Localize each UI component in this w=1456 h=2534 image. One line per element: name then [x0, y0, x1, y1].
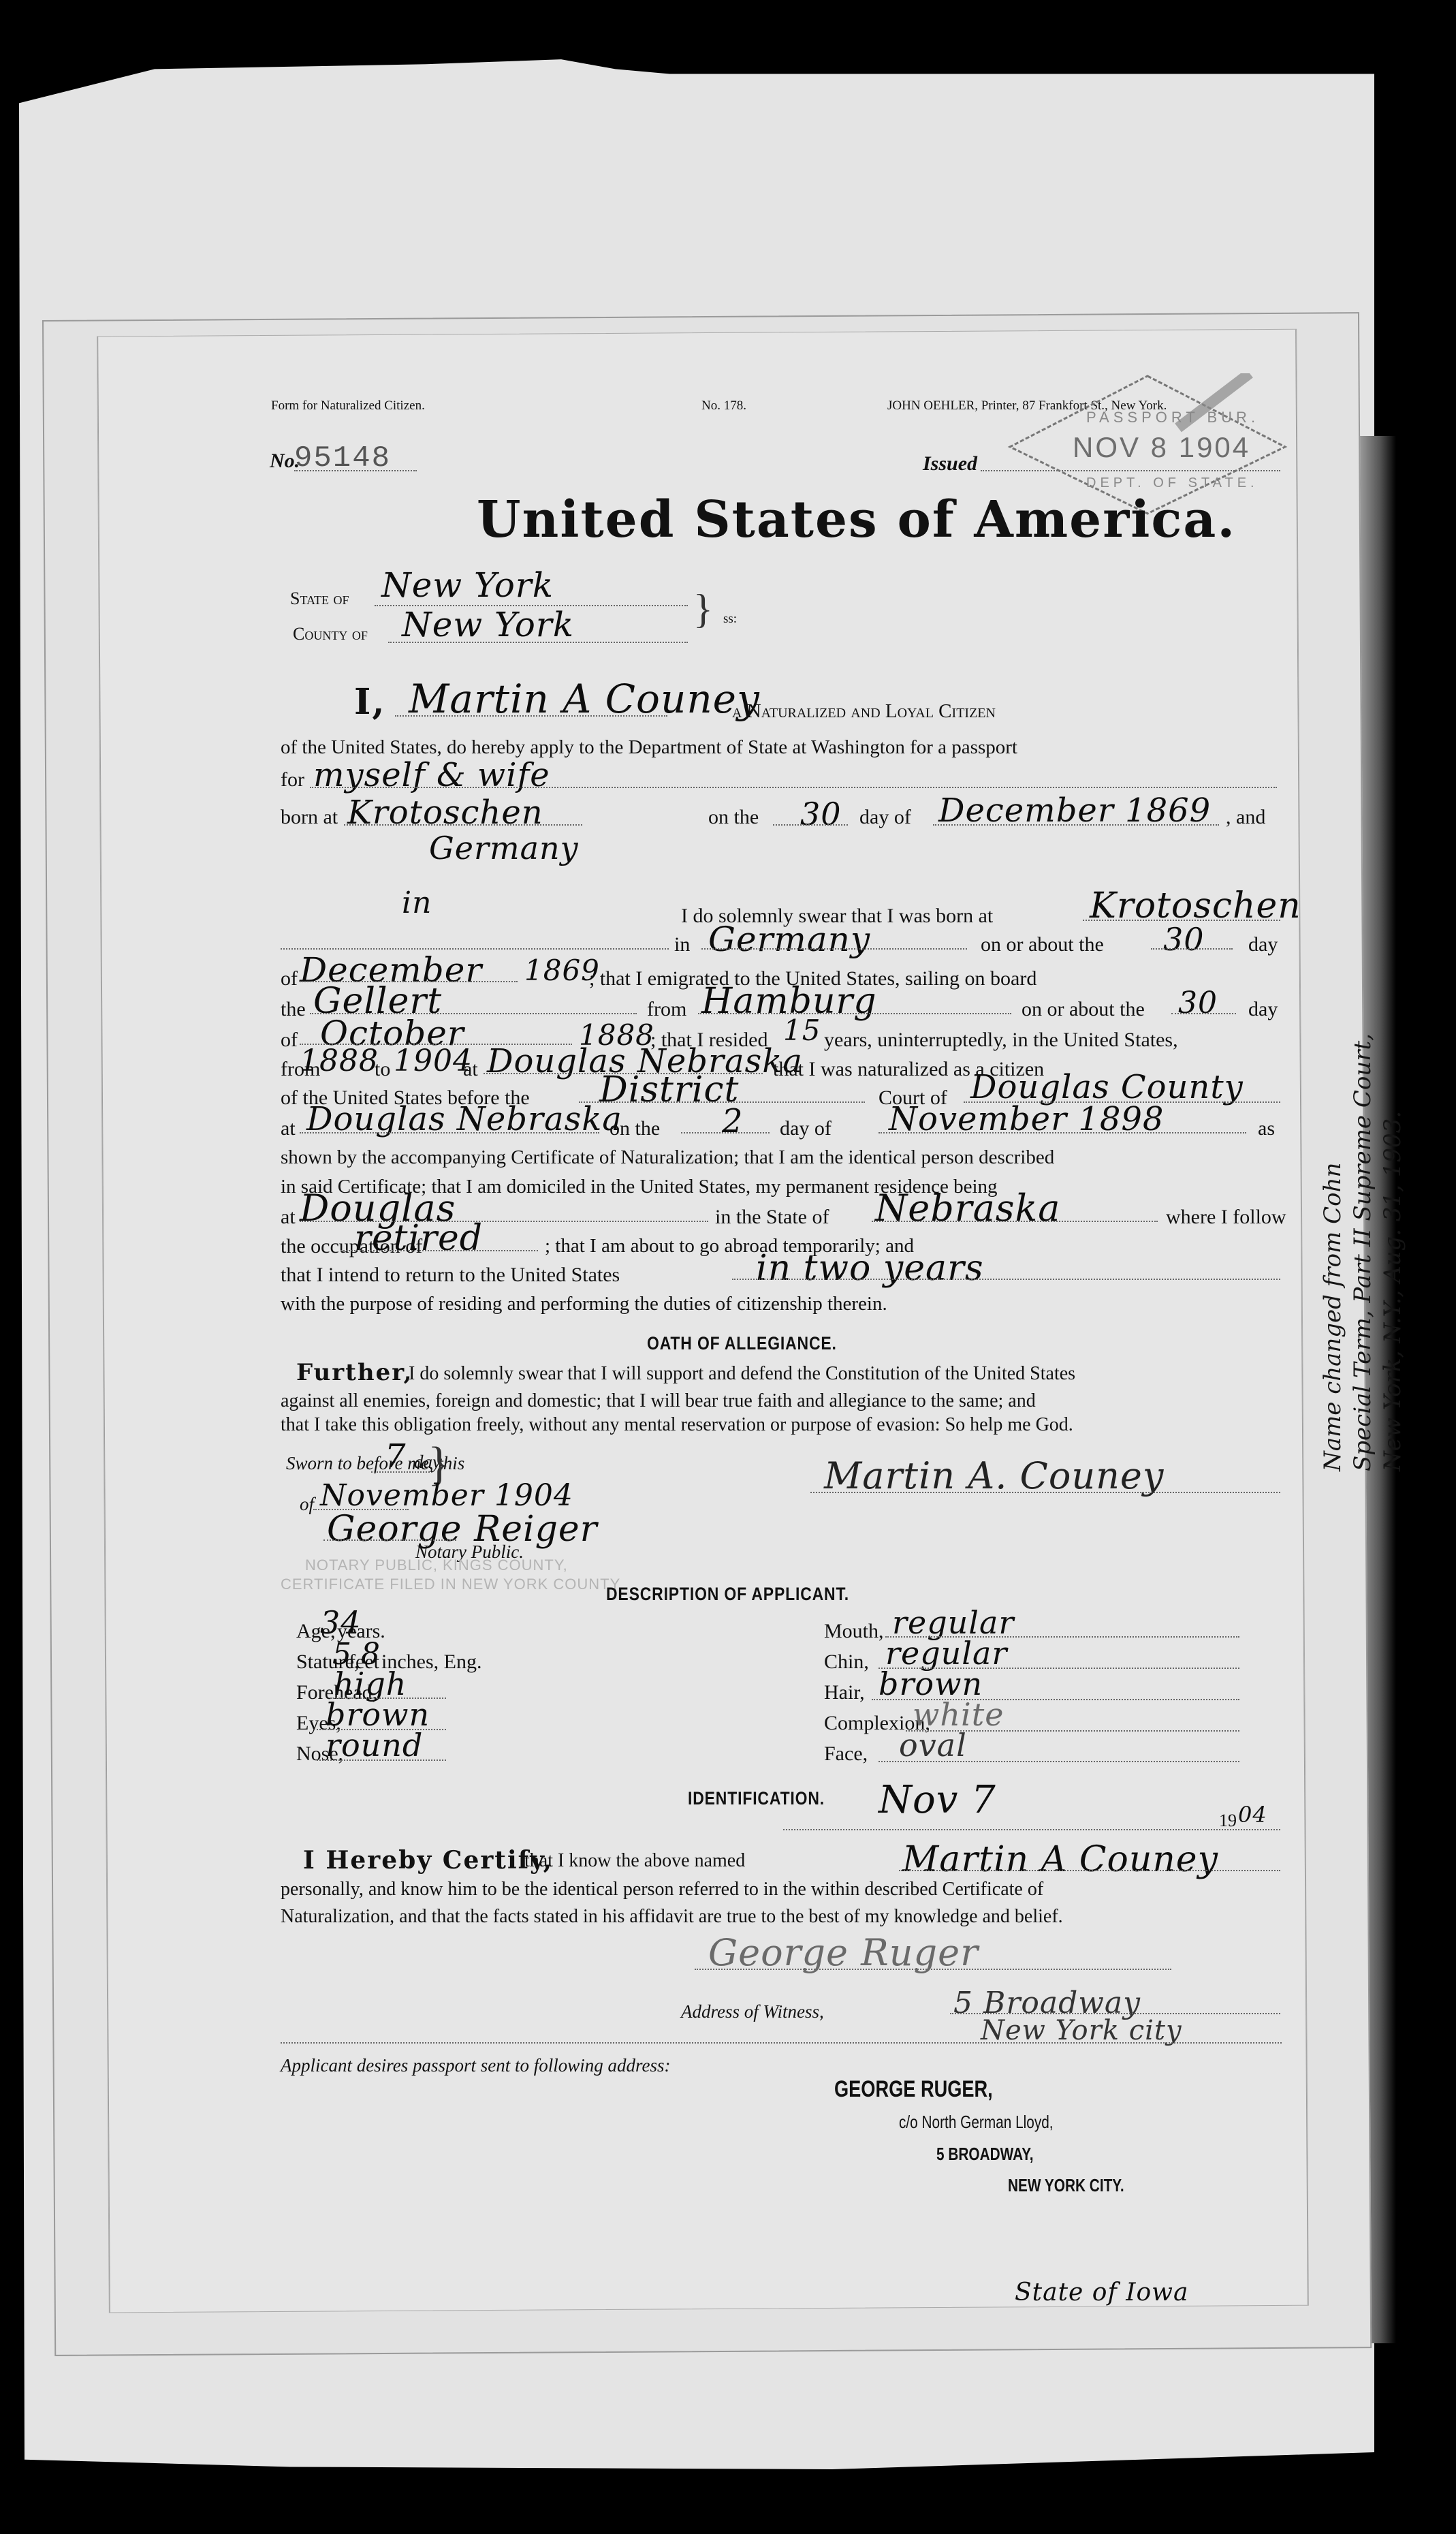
nat-date-line: [879, 1132, 1246, 1133]
sworn-day: 7: [385, 1437, 407, 1475]
residence-at-label: at: [281, 1207, 296, 1227]
applicant-signature: Martin A. Couney: [824, 1454, 1164, 1497]
purpose-text: with the purpose of residing and perform…: [281, 1294, 887, 1314]
return-value: in two years: [756, 1248, 984, 1289]
margin-note-line1: Name changed from Cohn: [1318, 1033, 1348, 1471]
blank-line: [281, 948, 669, 950]
notary-stamp-line1: NOTARY PUBLIC, KINGS COUNTY,: [305, 1557, 568, 1574]
years-text: years, uninterruptedly, in the United St…: [824, 1030, 1178, 1050]
sail-on-or-about-label: on or about the: [1022, 999, 1145, 1020]
footer-note: State of Iowa: [1015, 2279, 1188, 2306]
day-of-label: day of: [859, 807, 911, 828]
application-line2: of the United States, do hereby apply to…: [281, 738, 1017, 757]
born-at-label: born at: [281, 807, 338, 828]
identification-date-line: [783, 1829, 1280, 1830]
occupation-line: [341, 1250, 538, 1251]
issued-label: Issued: [923, 452, 977, 475]
day-label: day: [1248, 935, 1278, 955]
face-line: [879, 1761, 1239, 1762]
stamp-bottom-text: DEPT. OF STATE.: [1086, 475, 1259, 491]
sworn-month-year: November 1904: [320, 1478, 573, 1513]
court-at-line: [300, 1132, 599, 1133]
margin-rule: [97, 337, 110, 2312]
birth-day-line: [773, 824, 848, 826]
nat-day-of-label: day of: [780, 1119, 832, 1139]
allegiance-heading: OATH OF ALLEGIANCE.: [647, 1333, 837, 1354]
county-label: County of: [293, 625, 368, 643]
citizen-text: a Naturalized and Loyal Citizen: [732, 702, 996, 721]
form-number: No. 178.: [701, 398, 746, 413]
state-of-label: in the State of: [715, 1207, 829, 1227]
in-label: in: [674, 935, 690, 955]
chin-label: Chin,: [824, 1652, 869, 1672]
mouth-label: Mouth,: [824, 1621, 884, 1642]
witness-address-label: Address of Witness,: [681, 2003, 824, 2021]
margin-note: Name changed from Cohn Special Term, Par…: [1318, 1033, 1408, 1471]
sail-day-line: [1171, 1013, 1236, 1014]
birth-date-line: [933, 824, 1219, 826]
certify-line2: personally, and know him to be the ident…: [281, 1880, 1043, 1899]
witness-address-line: [950, 2013, 1280, 2014]
on-or-about-label: on or about the: [981, 935, 1104, 955]
residence-state: Nebraska: [875, 1187, 1060, 1230]
identification-heading: IDENTIFICATION.: [688, 1788, 825, 1809]
residence-state-line: [872, 1221, 1158, 1222]
born-at-value: Krotoschen: [347, 794, 543, 832]
certify-line1: that I know the above named: [524, 1851, 745, 1871]
nose-line: [317, 1759, 446, 1761]
occupation: retired: [354, 1218, 483, 1259]
face-label: Face,: [824, 1744, 868, 1764]
born-country: Germany: [429, 830, 579, 866]
notary-stamp-line2: CERTIFICATE FILED IN NEW YORK COUNTY: [281, 1576, 620, 1593]
venue-brace: }: [693, 586, 713, 633]
face-value: oval: [899, 1727, 967, 1764]
witness-signature-line: [695, 1969, 1171, 1970]
witness-signature: George Ruger: [708, 1931, 979, 1974]
and-label: , and: [1226, 807, 1265, 828]
notary-signature-line: [323, 1539, 456, 1541]
for-label: for: [281, 770, 304, 790]
as-label: as: [1258, 1119, 1275, 1139]
port-line: [698, 1013, 1011, 1014]
born-day: 30: [1163, 921, 1205, 958]
stamp-top-text: PASSPORT BUR.: [1086, 409, 1259, 426]
cert-text: shown by the accompanying Certificate of…: [281, 1148, 1054, 1168]
to-year: 1904: [394, 1044, 473, 1078]
the-label: the: [281, 999, 306, 1020]
margin-note-line3: New York, N.Y., Aug. 31, 1903.: [1378, 1033, 1408, 1471]
sail-of-label: of: [281, 1030, 298, 1050]
allegiance-line1: I do solemnly swear that I will support …: [409, 1364, 1075, 1383]
mailing-street: 5 BROADWAY,: [936, 2144, 1034, 2165]
margin-note-line2: Special Term, Part II Supreme Court,: [1348, 1033, 1378, 1471]
return-text: that I intend to return to the United St…: [281, 1265, 620, 1285]
margin-rule: [1295, 330, 1308, 2305]
for-value: myself & wife: [313, 756, 550, 794]
nat-day: 2: [722, 1102, 744, 1140]
court-at-label: at: [281, 1119, 296, 1139]
applicant-signature-line: [810, 1492, 1280, 1493]
certified-person: Martin A Couney: [902, 1839, 1218, 1880]
description-heading: DESCRIPTION OF APPLICANT.: [606, 1584, 849, 1605]
for-line: [310, 787, 1277, 788]
form-label: Form for Naturalized Citizen.: [271, 398, 425, 413]
in-scribble: in: [402, 886, 432, 920]
document-title: United States of America.: [477, 490, 1236, 549]
sail-day-label: day: [1248, 999, 1278, 1020]
born-at-line: [344, 824, 582, 826]
born-day-line: [1151, 948, 1233, 950]
mailing-care-of: c/o North German Lloyd,: [899, 2112, 1054, 2133]
county-value: New York: [402, 605, 574, 644]
nat-on-the-label: on the: [610, 1119, 660, 1139]
country-line: [701, 948, 967, 950]
county-line: [388, 642, 688, 643]
birth-day: 30: [800, 796, 842, 832]
hair-label: Hair,: [824, 1683, 865, 1703]
stamp-date: NOV 8 1904: [1073, 431, 1250, 464]
further-label: Further,: [296, 1359, 413, 1386]
sail-day: 30: [1178, 986, 1218, 1020]
identification-year-prefix: 19: [1219, 1812, 1237, 1830]
sworn-of-label: of: [300, 1495, 314, 1514]
nat-day-line: [681, 1132, 770, 1133]
state-value: New York: [381, 565, 554, 605]
of-label: of: [281, 969, 298, 989]
nose-value: round: [326, 1727, 423, 1764]
from-year: 1888: [300, 1044, 379, 1078]
identification-year-suffix: 04: [1238, 1802, 1267, 1828]
identification-date: Nov 7: [879, 1778, 996, 1822]
birth-country: Germany: [708, 920, 870, 959]
mailing-name: GEORGE RUGER,: [834, 2076, 993, 2103]
allegiance-line3: that I take this obligation freely, with…: [281, 1415, 1073, 1435]
resided-at-label: at: [463, 1059, 478, 1080]
follow-text: where I follow: [1166, 1207, 1286, 1227]
mailing-city: NEW YORK CITY.: [1008, 2175, 1124, 2196]
to-label: to: [375, 1059, 390, 1080]
allegiance-line2: against all enemies, foreign and domesti…: [281, 1392, 1036, 1411]
section-divider: [281, 2042, 1282, 2044]
application-no-line: [294, 470, 417, 471]
i-label: I,: [354, 681, 385, 723]
certified-person-line: [899, 1870, 1280, 1871]
ss-label: ss:: [723, 612, 737, 627]
mailing-label: Applicant desires passport sent to follo…: [281, 2055, 671, 2076]
return-line: [732, 1279, 1280, 1280]
certify-line3: Naturalization, and that the facts state…: [281, 1907, 1063, 1926]
certify-label: I Hereby Certify,: [303, 1846, 553, 1875]
from-label: from: [647, 999, 686, 1020]
on-the-label: on the: [708, 807, 759, 828]
applicant-name-line: [395, 715, 667, 717]
state-label: State of: [290, 590, 349, 608]
